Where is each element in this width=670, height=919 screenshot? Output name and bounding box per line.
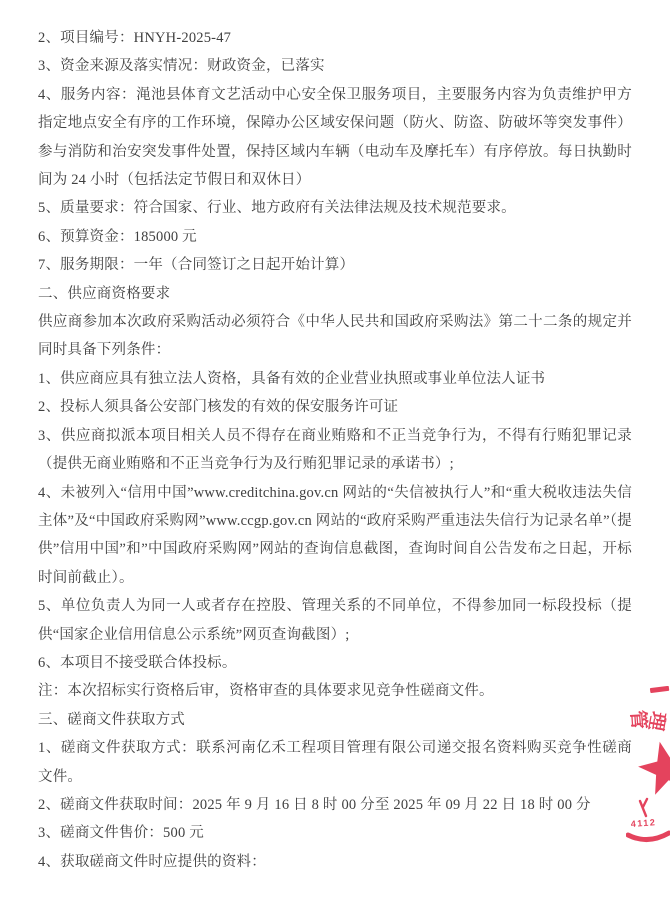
- stamp-ink-mark: [640, 799, 647, 816]
- document-page: 2、项目编号：HNYH-2025-47 3、资金来源及落实情况：财政资金，已落实…: [0, 0, 670, 919]
- paragraph-qualification-2: 2、投标人须具备公安部门核发的有效的保安服务许可证: [38, 393, 632, 421]
- star-icon: [638, 742, 670, 795]
- paragraph-service-content: 4、服务内容：渑池县体育文艺活动中心安全保卫服务项目，主要服务内容为负责维护甲方…: [38, 81, 632, 195]
- stamp-rim-char-2: 理: [644, 710, 669, 734]
- paragraph-qualification-4: 4、未被列入“信用中国”www.creditchina.gov.cn 网站的“失…: [38, 479, 632, 593]
- paragraph-acquisition-time: 2、磋商文件获取时间：2025 年 9 月 16 日 8 时 00 分至 202…: [38, 791, 632, 819]
- paragraph-qualification-5: 5、单位负责人为同一人或者存在控股、管理关系的不同单位，不得参加同一标段投标（提…: [38, 592, 632, 649]
- paragraph-qualification-intro: 供应商参加本次政府采购活动必须符合《中华人民共和国政府采购法》第二十二条的规定并…: [38, 308, 632, 365]
- section-heading-supplier-qualification: 二、供应商资格要求: [38, 280, 632, 308]
- paragraph-project-number: 2、项目编号：HNYH-2025-47: [38, 24, 632, 52]
- document-body: 2、项目编号：HNYH-2025-47 3、资金来源及落实情况：财政资金，已落实…: [38, 24, 632, 876]
- paragraph-document-price: 3、磋商文件售价：500 元: [38, 819, 632, 847]
- paragraph-note: 注：本次招标实行资格后审，资格审查的具体要求见竞争性磋商文件。: [38, 677, 632, 705]
- stamp-bottom-arc: [628, 833, 669, 840]
- section-heading-document-acquisition: 三、磋商文件获取方式: [38, 706, 632, 734]
- paragraph-quality-requirement: 5、质量要求：符合国家、行业、地方政府有关法律法规及技术规范要求。: [38, 194, 632, 222]
- paragraph-qualification-1: 1、供应商应具有独立法人资格，具备有效的企业营业执照或事业单位法人证书: [38, 365, 632, 393]
- paragraph-budget: 6、预算资金：185000 元: [38, 223, 632, 251]
- paragraph-qualification-6: 6、本项目不接受联合体投标。: [38, 649, 632, 677]
- paragraph-service-period: 7、服务期限：一年（合同签订之日起开始计算）: [38, 251, 632, 279]
- paragraph-qualification-3: 3、供应商拟派本项目相关人员不得存在商业贿赂和不正当竞争行为，不得有行贿犯罪记录…: [38, 422, 632, 479]
- stamp-rim-mark: [650, 686, 669, 693]
- paragraph-required-materials: 4、获取磋商文件时应提供的资料：: [38, 848, 632, 876]
- official-seal-stamp: 管 理 4112: [626, 686, 670, 850]
- paragraph-acquisition-method: 1、磋商文件获取方式：联系河南亿禾工程项目管理有限公司递交报名资料购买竞争性磋商…: [38, 734, 632, 791]
- stamp-digits: 4112: [630, 817, 656, 829]
- paragraph-funding-source: 3、资金来源及落实情况：财政资金，已落实: [38, 52, 632, 80]
